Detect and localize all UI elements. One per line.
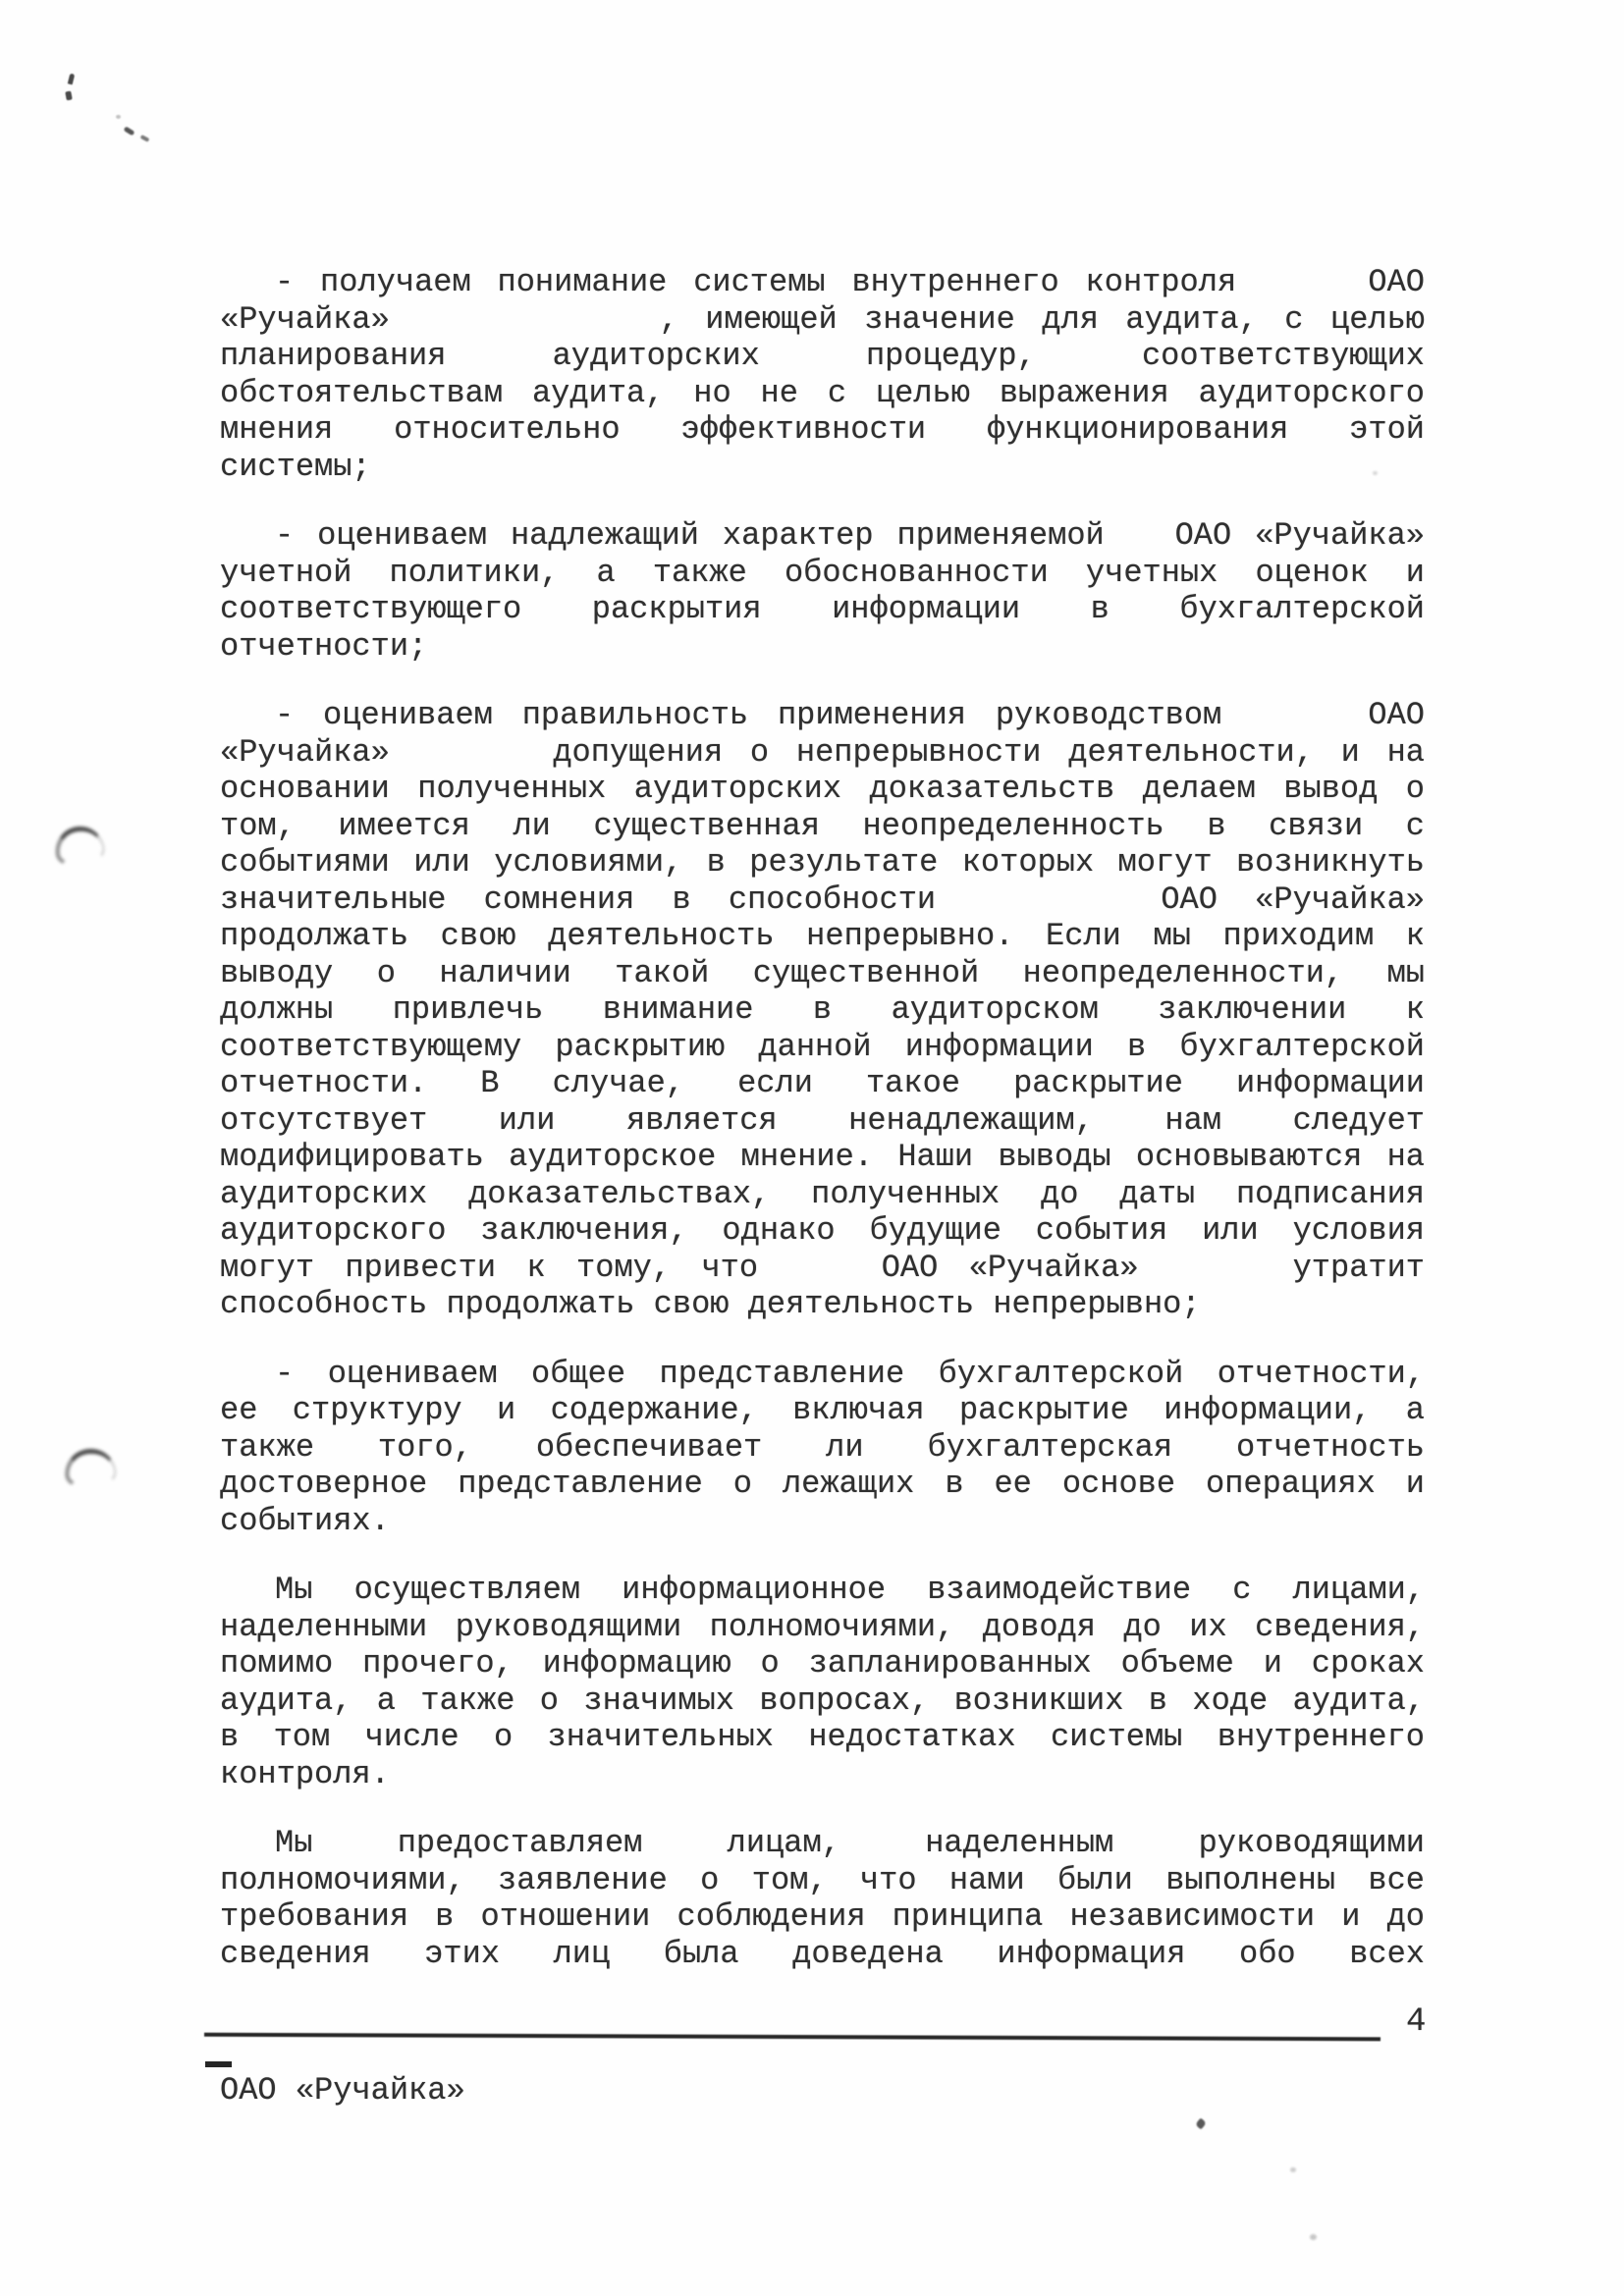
footer-dash (205, 2061, 232, 2067)
text-line: том, имеется ли существенная неопределен… (220, 808, 1425, 845)
text-line: должны привлечь внимание в аудиторском з… (220, 991, 1425, 1029)
text-line: аудита, а также о значимых вопросах, воз… (220, 1682, 1425, 1720)
text-line: «Ручайка» допущения о непрерывности деят… (220, 734, 1425, 772)
footer-rule (204, 2033, 1380, 2042)
text-line: Мы предоставляем лицам, наделенным руков… (220, 1825, 1425, 1862)
text-line: наделенными руководящими полномочиями, д… (220, 1609, 1425, 1646)
text-line: ее структуру и содержание, включая раскр… (220, 1392, 1425, 1429)
text-line: аудиторских доказательствах, полученных … (220, 1176, 1425, 1213)
text-line: модифицировать аудиторское мнение. Наши … (220, 1139, 1425, 1176)
text-line: достоверное представление о лежащих в ее… (220, 1466, 1425, 1503)
scan-speck (1290, 2167, 1296, 2172)
text-line: способность продолжать свою деятельность… (220, 1286, 1425, 1323)
text-line: требования в отношении соблюдения принци… (220, 1898, 1425, 1936)
scan-speck (68, 74, 76, 85)
text-line: событиях. (220, 1503, 1425, 1540)
text-line: - получаем понимание системы внутреннего… (220, 264, 1425, 301)
text-line: также того, обеспечивает ли бухгалтерска… (220, 1429, 1425, 1467)
text-line: основании полученных аудиторских доказат… (220, 771, 1425, 808)
text-line: - оцениваем надлежащий характер применяе… (220, 517, 1425, 555)
scan-speck (1310, 2234, 1317, 2240)
text-line: - оцениваем общее представление бухгалте… (220, 1356, 1425, 1393)
text-line: аудиторского заключения, однако будущие … (220, 1212, 1425, 1250)
scan-speck (116, 115, 121, 119)
text-line: системы; (220, 449, 1425, 486)
text-line: планирования аудиторских процедур, соотв… (220, 338, 1425, 375)
text-line: Мы осуществляем информационное взаимодей… (220, 1572, 1425, 1609)
paragraph: - оцениваем общее представление бухгалте… (220, 1356, 1425, 1540)
text-line: помимо прочего, информацию о запланирова… (220, 1645, 1425, 1682)
text-line: отчетности; (220, 628, 1425, 666)
scanned-document-page: - получаем понимание системы внутреннего… (0, 0, 1624, 2296)
hole-punch-shadow (52, 824, 106, 871)
text-line: мнения относительно эффективности функци… (220, 411, 1425, 449)
paragraph: Мы осуществляем информационное взаимодей… (220, 1572, 1425, 1792)
hole-punch-shadow (64, 1447, 118, 1491)
body-text: - получаем понимание системы внутреннего… (220, 264, 1425, 1972)
text-line: - оцениваем правильность применения руко… (220, 697, 1425, 734)
text-line: соответствующему раскрытию данной информ… (220, 1029, 1425, 1066)
page-number: 4 (1406, 2002, 1426, 2042)
text-line: событиями или условиями, в результате ко… (220, 844, 1425, 881)
paragraph: - оцениваем надлежащий характер применяе… (220, 517, 1425, 665)
paragraph: - получаем понимание системы внутреннего… (220, 264, 1425, 485)
text-line: отсутствует или является ненадлежащим, н… (220, 1102, 1425, 1140)
scan-speck (1195, 2117, 1207, 2129)
text-line: выводу о наличии такой существенной неоп… (220, 955, 1425, 992)
text-line: соответствующего раскрытия информации в … (220, 591, 1425, 628)
footer-company-label: ОАО «Ручайка» (220, 2071, 465, 2110)
paragraph: - оцениваем правильность применения руко… (220, 697, 1425, 1323)
text-line: в том числе о значительных недостатках с… (220, 1719, 1425, 1756)
text-line: могут привести к тому, что ОАО «Ручайка»… (220, 1250, 1425, 1287)
scan-speck (124, 126, 135, 135)
text-line: полномочиями, заявление о том, что нами … (220, 1862, 1425, 1899)
text-line: значительные сомнения в способности ОАО … (220, 881, 1425, 919)
scan-speck (140, 134, 150, 142)
text-line: отчетности. В случае, если такое раскрыт… (220, 1065, 1425, 1102)
text-line: контроля. (220, 1756, 1425, 1793)
text-line: продолжать свою деятельность непрерывно.… (220, 918, 1425, 955)
text-line: обстоятельствам аудита, но не с целью вы… (220, 375, 1425, 412)
text-line: «Ручайка» , имеющей значение для аудита,… (220, 301, 1425, 339)
text-line: учетной политики, а также обоснованности… (220, 555, 1425, 592)
paragraph: Мы предоставляем лицам, наделенным руков… (220, 1825, 1425, 1972)
text-line: сведения этих лиц была доведена информац… (220, 1936, 1425, 1973)
scan-speck (65, 91, 72, 101)
